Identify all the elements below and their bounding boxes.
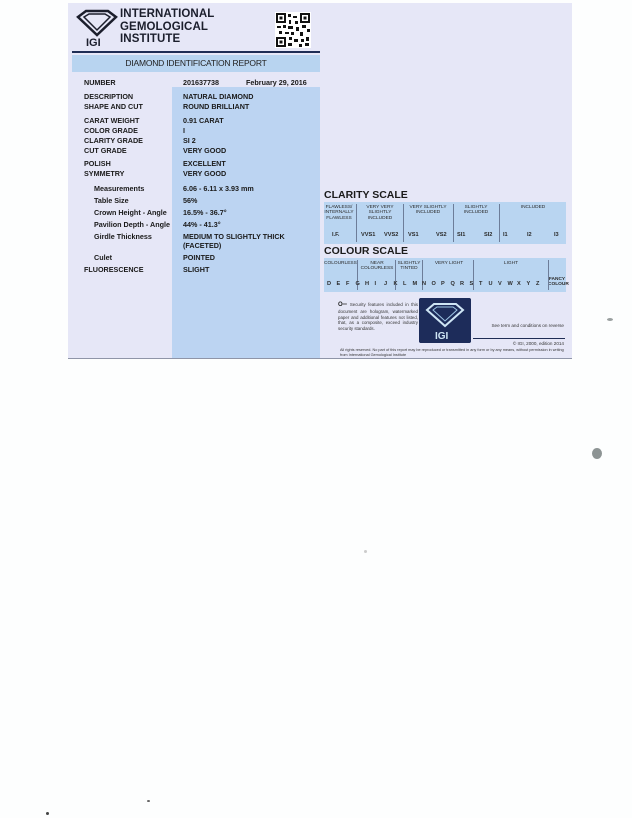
colour-group: SLIGHTLY TINTED bbox=[396, 261, 422, 272]
fluorescence-label: FLUORESCENCE bbox=[84, 265, 144, 274]
colour-grade: E bbox=[337, 281, 341, 287]
fluorescence-value: SLIGHT bbox=[183, 265, 209, 274]
hologram-igi-logo-icon: IGI bbox=[419, 298, 471, 343]
colour-group: VERY LIGHT bbox=[424, 261, 474, 266]
colour-grade: O bbox=[432, 281, 436, 287]
institute-line-2: GEMOLOGICAL bbox=[120, 21, 214, 34]
scale-divider bbox=[499, 204, 500, 242]
copyright: © IGI, 2000, edition 2014 bbox=[468, 341, 564, 346]
institute-line-3: INSTITUTE bbox=[120, 33, 214, 46]
number-label: NUMBER bbox=[84, 78, 116, 87]
proportion-value: 6.06 - 6.11 x 3.93 mm bbox=[183, 184, 254, 193]
institute-line-1: INTERNATIONAL bbox=[120, 8, 214, 21]
key-icon: O═ bbox=[338, 302, 350, 308]
proportion-label: Culet bbox=[94, 253, 112, 262]
field-value: SI 2 bbox=[183, 136, 196, 145]
report-title: DIAMOND IDENTIFICATION REPORT bbox=[72, 55, 320, 72]
colour-grade: Q bbox=[451, 281, 455, 287]
colour-grade: S bbox=[470, 281, 474, 287]
field-label: CLARITY GRADE bbox=[84, 136, 143, 145]
clarity-scale: FLAWLESS/ INTERNALLY FLAWLESS VERY VERY … bbox=[324, 202, 566, 244]
clarity-group: SLIGHTLY INCLUDED bbox=[454, 205, 498, 216]
scale-divider bbox=[453, 204, 454, 242]
rights-text: All rights reserved. No part of this rep… bbox=[340, 348, 566, 358]
security-text: O═ Security features included in this do… bbox=[338, 302, 418, 332]
clarity-group: VERY SLIGHTLY INCLUDED bbox=[404, 205, 452, 216]
field-value: NATURAL DIAMOND bbox=[183, 92, 253, 101]
colour-grade: F bbox=[346, 281, 349, 287]
clarity-grade: I1 bbox=[503, 232, 508, 238]
colour-grade: K bbox=[394, 281, 398, 287]
colour-group: NEAR COLOURLESS bbox=[358, 261, 396, 272]
colour-grade: G bbox=[356, 281, 360, 287]
proportion-value: 56% bbox=[183, 196, 197, 205]
diamond-report-card: IGI INTERNATIONAL GEMOLOGICAL INSTITUTE … bbox=[68, 3, 572, 359]
clarity-group: FLAWLESS/ INTERNALLY FLAWLESS bbox=[324, 205, 354, 221]
proportion-label: Pavilion Depth - Angle bbox=[94, 220, 170, 229]
report-date: February 29, 2016 bbox=[246, 78, 307, 87]
field-value: I bbox=[183, 126, 185, 135]
clarity-group: VERY VERY SLIGHTLY INCLUDED bbox=[358, 205, 402, 221]
field-value: 0.91 CARAT bbox=[183, 116, 224, 125]
colour-grade: L bbox=[403, 281, 406, 287]
colour-grade: Z bbox=[536, 281, 539, 287]
field-value: EXCELLENT bbox=[183, 159, 226, 168]
scan-speck bbox=[147, 800, 150, 802]
colour-grade: V bbox=[498, 281, 502, 287]
igi-diamond-logo-icon: IGI bbox=[76, 9, 118, 47]
colour-grade: R bbox=[460, 281, 464, 287]
qr-code-icon[interactable] bbox=[275, 12, 311, 48]
colour-grade: H bbox=[365, 281, 369, 287]
field-label: POLISH bbox=[84, 159, 111, 168]
field-label: CUT GRADE bbox=[84, 146, 127, 155]
scale-divider bbox=[356, 204, 357, 242]
scan-speck bbox=[607, 318, 613, 321]
clarity-grade: VS2 bbox=[436, 232, 447, 238]
field-label: SYMMETRY bbox=[84, 169, 124, 178]
field-value: VERY GOOD bbox=[183, 169, 226, 178]
colour-grade: P bbox=[441, 281, 445, 287]
svg-text:IGI: IGI bbox=[86, 37, 101, 47]
colour-grade: D bbox=[327, 281, 331, 287]
proportion-value: POINTED bbox=[183, 253, 215, 262]
clarity-scale-title: CLARITY SCALE bbox=[324, 189, 408, 201]
institute-name: INTERNATIONAL GEMOLOGICAL INSTITUTE bbox=[120, 8, 214, 46]
colour-grade: T bbox=[479, 281, 482, 287]
colour-grade: W bbox=[508, 281, 513, 287]
field-label: SHAPE AND CUT bbox=[84, 102, 143, 111]
colour-grade: M bbox=[413, 281, 418, 287]
clarity-grade: VVS2 bbox=[384, 232, 398, 238]
scale-divider bbox=[403, 204, 404, 242]
colour-scale-title: COLOUR SCALE bbox=[324, 245, 408, 257]
terms-divider bbox=[473, 338, 565, 339]
colour-scale: COLOURLESS NEAR COLOURLESS SLIGHTLY TINT… bbox=[324, 258, 566, 292]
colour-group: FANCY COLOUR bbox=[548, 277, 566, 288]
clarity-grade: VS1 bbox=[408, 232, 419, 238]
scan-speck bbox=[592, 448, 602, 459]
colour-grade: I bbox=[375, 281, 377, 287]
clarity-grade: SI1 bbox=[457, 232, 465, 238]
scale-divider bbox=[548, 260, 549, 290]
colour-group: LIGHT bbox=[474, 261, 548, 266]
colour-grade: N bbox=[422, 281, 426, 287]
colour-group: COLOURLESS bbox=[324, 261, 356, 266]
report-number: 201637738 bbox=[183, 78, 219, 87]
proportion-value: MEDIUM TO SLIGHTLY THICK bbox=[183, 232, 285, 241]
clarity-grade: VVS1 bbox=[361, 232, 375, 238]
scan-speck bbox=[46, 812, 49, 815]
proportion-label: Measurements bbox=[94, 184, 144, 193]
header-divider bbox=[72, 51, 320, 53]
clarity-group: INCLUDED bbox=[500, 205, 566, 210]
proportion-value: 44% - 41.3° bbox=[183, 220, 221, 229]
svg-text:IGI: IGI bbox=[435, 331, 449, 342]
colour-grade: U bbox=[489, 281, 493, 287]
field-value: VERY GOOD bbox=[183, 146, 226, 155]
clarity-grade: I2 bbox=[527, 232, 532, 238]
clarity-grade: I.F. bbox=[332, 232, 339, 238]
proportion-value-line-2: (FACETED) bbox=[183, 241, 221, 250]
proportion-label: Table Size bbox=[94, 196, 129, 205]
security-text-body: Security features included in this docum… bbox=[338, 302, 418, 331]
colour-grade: J bbox=[384, 281, 387, 287]
terms-text: See term and conditions on reverse bbox=[458, 323, 564, 329]
proportion-label: Crown Height - Angle bbox=[94, 208, 167, 217]
field-value: ROUND BRILLIANT bbox=[183, 102, 249, 111]
field-label: CARAT WEIGHT bbox=[84, 116, 139, 125]
field-label: COLOR GRADE bbox=[84, 126, 138, 135]
proportion-label: Girdle Thickness bbox=[94, 232, 152, 241]
colour-grade: Y bbox=[527, 281, 531, 287]
colour-grade: X bbox=[517, 281, 521, 287]
clarity-grade: I3 bbox=[554, 232, 559, 238]
proportion-value: 16.5% - 36.7° bbox=[183, 208, 227, 217]
field-label: DESCRIPTION bbox=[84, 92, 133, 101]
scan-speck bbox=[364, 550, 367, 553]
clarity-grade: SI2 bbox=[484, 232, 492, 238]
